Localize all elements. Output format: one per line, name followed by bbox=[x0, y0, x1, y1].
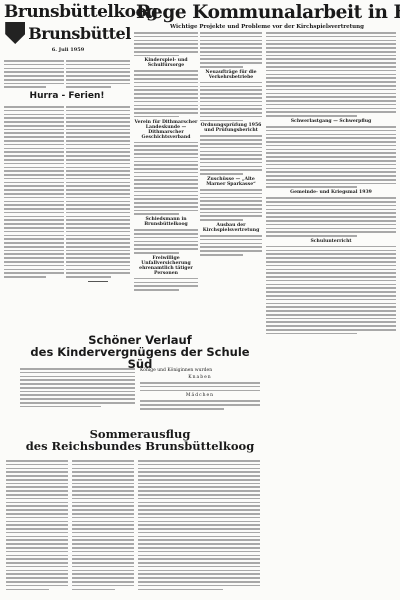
column-hurra-1 bbox=[4, 106, 64, 280]
column-middle-2: Neuaufträge für die Verkehrsbetriebe Ord… bbox=[200, 32, 262, 258]
column-kinder-2: Könige und Königinnen wurden Knaben Mädc… bbox=[140, 368, 260, 412]
newspaper-page: Brunsbüttelkoog Brunsbüttel 6. Juli 1959… bbox=[0, 0, 400, 600]
subhead-schiedsmann: Schiedsmann in Brunsbüttelkoog bbox=[134, 217, 198, 227]
column-left-top-2 bbox=[66, 60, 130, 90]
column-reichsbund-3 bbox=[138, 460, 260, 592]
main-headline: Rege Kommunalarbeit in Brunsbüttel bbox=[136, 2, 398, 23]
column-hurra-2 bbox=[66, 106, 130, 285]
issue-date: 6. Juli 1959 bbox=[4, 47, 132, 53]
reichsbund-title: Sommerausflug des Reichsbundes Brunsbütt… bbox=[20, 428, 260, 452]
column-kinder-1 bbox=[20, 368, 135, 410]
subhead-landeskunde: Verein für Dithmarscher Landeskunde — Di… bbox=[134, 120, 198, 140]
subhead-kriegsmal: Gemeinde- und Kriegsmal 1939 bbox=[266, 190, 396, 195]
masthead-title-line2: Brunsbüttel bbox=[28, 24, 131, 43]
subhead-schulunterricht: Schulunterricht bbox=[266, 239, 396, 244]
hurra-ferien-title: Hurra - Ferien! bbox=[4, 92, 130, 101]
column-left-top bbox=[4, 60, 64, 90]
subhead-schwerlastgang: Schwerlastgang — Schwerpflug bbox=[266, 119, 396, 124]
reichsbund-title-line2: des Reichsbundes Brunsbüttelkoog bbox=[20, 440, 260, 452]
coat-of-arms-icon bbox=[5, 22, 25, 44]
kindervergnuegen-title-line2: des Kindervergnügens der Schule Süd bbox=[20, 346, 260, 370]
maedchen-label: Mädchen bbox=[140, 393, 260, 398]
column-right: Schwerlastgang — Schwerpflug Gemeinde- u… bbox=[266, 32, 396, 337]
subhead-unfallversicherung: Freiwillige Unfallversicherung ehrenamtl… bbox=[134, 256, 198, 276]
kindervergnuegen-title: Schöner Verlauf des Kindervergnügens der… bbox=[20, 334, 260, 370]
subhead-sparkasse: Zuschüsse — „Alte Marner Sparkasse“ bbox=[200, 177, 262, 187]
koenige-heading: Könige und Königinnen wurden bbox=[140, 368, 260, 373]
knaben-label: Knaben bbox=[140, 375, 260, 380]
subhead-kinderspiel: Kinderspiel- und Schulfürsorge bbox=[134, 58, 198, 68]
subhead-ordnungspruefung: Ordnungsprüfung 1956 und Prüfungsbericht bbox=[200, 123, 262, 133]
main-subheadline: Wichtige Projekte und Probleme vor der K… bbox=[136, 24, 398, 30]
column-reichsbund-2 bbox=[72, 460, 134, 592]
column-middle-1: Kinderspiel- und Schulfürsorge Verein fü… bbox=[134, 32, 198, 293]
masthead: Brunsbüttelkoog Brunsbüttel 6. Juli 1959 bbox=[4, 3, 132, 53]
column-reichsbund-1 bbox=[6, 460, 68, 592]
subhead-neuauftraege: Neuaufträge für die Verkehrsbetriebe bbox=[200, 70, 262, 80]
masthead-title-line1: Brunsbüttelkoog bbox=[4, 3, 132, 21]
subhead-ausbau: Ausbau der Kirchspielsvertretung bbox=[200, 223, 262, 233]
